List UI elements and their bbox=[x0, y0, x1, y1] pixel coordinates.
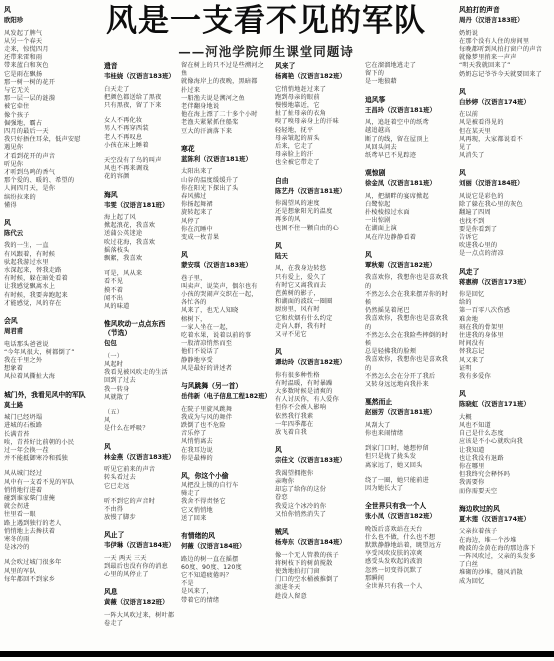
poem: 会风周君甫电话那头爸爸说“今年风很大，树都倒了”我在千里之外想象着风拉着风撕扯大… bbox=[4, 317, 98, 382]
poem: 遗音韦桂娆（汉语言183班）白天走了把颜色都送给了黑夜只有黑夜，留了下来女人不再… bbox=[104, 62, 175, 182]
poem-author-line: 周君甫 bbox=[4, 327, 98, 336]
poem-line: 大概 bbox=[459, 414, 550, 422]
poetry-page: 风是一支看不见的军队 ——河池学院师生课堂同题诗 风欧阳珍风发起了脾气从另一个春… bbox=[0, 0, 554, 661]
poem-line: 后来，它走了 bbox=[275, 143, 359, 151]
poem-line: 你有很多种性格 bbox=[275, 372, 359, 380]
page-subtitle: ——河池学院师生课堂同题诗 bbox=[96, 42, 436, 60]
poem-title: 风 bbox=[104, 443, 175, 452]
poem-line: 堆砌的沙堆，随风消散 bbox=[459, 569, 550, 577]
poem-line: 豆大的汗滴落下来 bbox=[181, 128, 269, 136]
poem-line: 证明 bbox=[459, 365, 550, 373]
poem-line: 风刮大了 bbox=[365, 422, 453, 430]
poem: 惟风吹动一点点东西（节选）包包（一）风起时我看见被风吹走的生活回到了过去我一转身… bbox=[104, 320, 175, 433]
poem-line: 转头看过去 bbox=[104, 474, 175, 482]
poem-line: 嗅了嗅母亲身上的汗味 bbox=[275, 118, 359, 126]
poem-title: 全世界只有我一个人 bbox=[365, 502, 453, 511]
poem-line: 我舍不得责怪它 bbox=[181, 498, 269, 506]
poem-line: 扑棱棱掠过水面 bbox=[365, 209, 453, 217]
poem-line: 在院子里旋风跳舞 bbox=[181, 406, 269, 414]
poem-title: 风 bbox=[181, 251, 269, 260]
poem: 风，你这个小偷风把没上锁的自行车骑走了我舍不得责怪它它又悄悄地送了回来 bbox=[181, 472, 269, 523]
poem-line: 将树枝下的树荫搅散 bbox=[275, 560, 359, 568]
text-column: 留在树上的只不过是些溯河之鱼就像海岸上的夜晚，黑暗都扑过来一船渔夫说是溯河之鱼老… bbox=[181, 6, 275, 646]
poem-line: 晚饭后喜欢站在天台 bbox=[365, 526, 453, 534]
poem-line: 回到了过去 bbox=[104, 377, 175, 385]
poem-line: 一年四季都在 bbox=[275, 421, 359, 429]
poem-line: 驮起我游过水里 bbox=[4, 259, 98, 267]
poem-line: 让我感觉飘离水上 bbox=[4, 283, 98, 291]
poem-line: 风又来了 bbox=[459, 357, 550, 365]
poem-line: 每晚都听到风拍打窗户的声音 bbox=[459, 46, 550, 54]
poem-line: 又怕你悄然消失了 bbox=[275, 511, 359, 519]
poem-line: 要是你看到了 bbox=[459, 226, 550, 234]
poem-line: 你在阳光下探出了头 bbox=[181, 185, 269, 193]
poem-title: 风 bbox=[4, 219, 98, 228]
poem-line: “明天我就回来了” bbox=[459, 62, 550, 70]
poem-title: 风 bbox=[459, 88, 550, 97]
poem-line: 风是被看得见的 bbox=[459, 119, 550, 127]
poem-line: 风来了，也无人知晓 bbox=[181, 307, 269, 315]
poem: 风走了蒋惠柳（汉语言173班）你是回忆给的第一百零八次伤感难舍地刻在我的骨架里住… bbox=[459, 268, 550, 382]
poem-title: 风 bbox=[275, 242, 359, 251]
poem-line: 忽然一切变得沉默了 bbox=[365, 567, 453, 575]
poem-line: 懂得 bbox=[4, 202, 98, 210]
poem-line: 送蒲公英迷途 bbox=[104, 230, 175, 238]
poem-line: 一船渔夫说是溯河之鱼 bbox=[181, 95, 269, 103]
poem-author-line: 欧阳珍 bbox=[4, 16, 98, 25]
poem-line: 翻遍了四周 bbox=[459, 209, 550, 217]
poem: 风白妙婷（汉语言174班）在以前风是被看得见的但在某天里风再现，大家都说看不见了… bbox=[459, 88, 550, 161]
poem-line: 我爱这个冰冷的你 bbox=[275, 503, 359, 511]
poem-line: 也让我没有退路 bbox=[459, 455, 550, 463]
poem-title: 海边吹过的风 bbox=[459, 505, 550, 514]
poem-title: 风息 bbox=[104, 588, 175, 597]
poem-line: 也全被它带走了 bbox=[275, 159, 359, 167]
stanza-gap bbox=[104, 402, 175, 409]
poem-line: 你在哪里 bbox=[459, 463, 550, 471]
poem-line: 风拉着风撕扯大海 bbox=[4, 373, 98, 381]
poem-line: 风在岸边静静看着 bbox=[365, 234, 453, 242]
poem-author-line: 莫土路 bbox=[4, 401, 98, 410]
poem-line: 海上起了风 bbox=[104, 214, 175, 222]
poem-line: 一阵大风吹过来，树叶都卷走了 bbox=[104, 612, 175, 628]
poem-line: 小孩在床上睡着 bbox=[104, 142, 175, 150]
page-title: 风是一支看不见的军队 bbox=[96, 4, 436, 38]
poem: 风止了韦伊琳（汉语言184班）一天 两天 三天到最后也没有你的消息心里的风停止了 bbox=[104, 531, 175, 579]
poem-line: 把颜色都送给了黑夜 bbox=[104, 94, 175, 102]
poem-line: 我有多爱你 bbox=[459, 373, 550, 381]
poem-title: 风止了 bbox=[104, 531, 175, 540]
poem-author-line: 宗佳文（汉语言183班） bbox=[275, 456, 359, 465]
poem-line: 太阳出来了 bbox=[181, 168, 269, 176]
poem-author-line: 陈艺丹（汉语言181班） bbox=[275, 187, 359, 196]
poem-line: 也困不住一颗自由的心 bbox=[275, 225, 359, 233]
poem-line: 父亲拉着孩子 bbox=[459, 528, 550, 536]
poem: 风拍打的声音周丹（汉语言183班）奶奶说在那个没有人住的房间里每晚都听到风拍打窗… bbox=[459, 6, 550, 79]
poem-line: 风也不知道 bbox=[459, 422, 550, 430]
poem-author-line: 陈晓虹（汉语言171班） bbox=[459, 400, 550, 409]
poem-line: 榕树下， bbox=[181, 316, 269, 324]
poem-line: 又转身远远地向我扑来 bbox=[365, 381, 453, 389]
poem-title: 自由 bbox=[275, 177, 359, 186]
poem: 风宗佳文（汉语言183班）我渴望拥抱你亲吻你却忘了给你的这份眷恋我爱这个冰冷的你… bbox=[275, 446, 359, 519]
poem-line: 带来蓝白和灰色 bbox=[4, 62, 98, 70]
poem-line: 风中有一支看不见的军队 bbox=[4, 479, 98, 487]
poem-line: 人间四月天，是你 bbox=[4, 185, 98, 193]
poem-line: 倔强地，霸占 bbox=[4, 120, 98, 128]
poem-line: 母亲皱起的眉头 bbox=[275, 135, 359, 143]
poem: 风谭幼玲（汉语言182班）你有很多种性格有时温暖，有时暴躁大多数时候是清爽的有人… bbox=[275, 348, 359, 437]
poem-line: 不然怎么会在分开了我后 bbox=[365, 373, 453, 381]
poem-line: 长满青苔 bbox=[4, 431, 98, 439]
poem-line: 是冰冷的 bbox=[4, 544, 98, 552]
poem: 海风韦雯（汉语言181班）海上起了风掀起浪花，我喜欢送蒲公英迷途吹过花海，我喜欢… bbox=[104, 191, 175, 312]
poem-line: 花的容颜 bbox=[104, 173, 175, 181]
poem-author-line: 蓝陈利（汉语言181班） bbox=[181, 155, 269, 164]
poem-title: 观惊剧 bbox=[365, 169, 453, 178]
poem: 贼风杨寿东（汉语言184班）像一个无人管教的孩子将树枝下的树荫搅散使劲地拍打门窗… bbox=[275, 528, 359, 601]
poem: 全世界只有我一个人张小凤（汉语言182班）晚饭后喜欢站在天台什么也不做，什么也不… bbox=[365, 502, 453, 591]
poem-line: 山谷的温度缓缓升了 bbox=[181, 177, 269, 185]
poem-line: 吹过花海，我喜欢 bbox=[104, 239, 175, 247]
poem-line: 滚进冬天 bbox=[275, 584, 359, 592]
poem-line: 飘絮，我喜欢 bbox=[104, 255, 175, 263]
poem-line: 那瞬间 bbox=[365, 575, 453, 583]
poem-line: 听不到它的声音时 bbox=[104, 498, 175, 506]
text-column: 风欧阳珍风发起了脾气从另一个春天走来，惊慌四月还带来雷和雨带来蓝白和灰色它是雨在… bbox=[4, 6, 104, 646]
poem-line: 不然怎么会在我险些摔倒的时候 bbox=[365, 332, 453, 348]
poem-line: 那一树一树的花开 bbox=[4, 79, 98, 87]
poem: 与风跳舞（另一首）岳伟新（电子信息工程182班）在院子里旋风跳舞我成为与风的舞伴… bbox=[181, 382, 269, 463]
poem-line: 是一点点的清凉 bbox=[459, 250, 550, 258]
poem-line: 男人不再穿西装 bbox=[104, 125, 175, 133]
poem-line: 是一地狼藉 bbox=[365, 78, 453, 86]
poem-line: 是风来了， bbox=[181, 588, 269, 596]
poem-line: 走向人群，我有时 bbox=[275, 323, 359, 331]
poem-line: 但你不会被人影响 bbox=[275, 404, 359, 412]
poem-line: 见了 bbox=[459, 144, 550, 152]
poem-line: 悄悄地行进着 bbox=[4, 487, 98, 495]
poem-title: 会风 bbox=[4, 317, 98, 326]
poem-title: 遗音 bbox=[104, 62, 175, 71]
poem-line: 到最后也没有你的消息 bbox=[104, 563, 175, 571]
poem-title: 有情绪的风 bbox=[181, 532, 269, 541]
poem-line: 风是最好的讲述者 bbox=[181, 365, 269, 373]
poem: 寒花蓝陈利（汉语言181班）太阳出来了山谷的温度缓缓升了你在阳光下探出了头春风拂… bbox=[181, 145, 269, 242]
poem-line: 带着它的情绪 bbox=[181, 597, 269, 605]
poem-line: 什么也不做，什么也不想 bbox=[365, 534, 453, 542]
poem-line: 像个孩子 bbox=[4, 112, 98, 120]
poem-line: 跑到母亲的眼前 bbox=[275, 94, 359, 102]
poem: 城门外，我看见风中的军队莫土路城门已经坍塌进城的石板路长满青苔唉，青苔好比前朝的… bbox=[4, 391, 98, 584]
poem-title: 风 bbox=[275, 348, 359, 357]
text-column: 风来了杨离艳（汉语言182班）它悄悄地赶过来了跑到母亲的眼前慢慢地靠近，它扯了扯… bbox=[275, 6, 365, 646]
poem-line: 告诉它 bbox=[459, 234, 550, 242]
masthead: 风是一支看不见的军队 ——河池学院师生课堂同题诗 bbox=[96, 4, 436, 60]
poem-title: 与风跳舞（另一首） bbox=[181, 382, 269, 391]
poem-line: 感受头发吹起的波浪 bbox=[365, 558, 453, 566]
poem-title: 风 bbox=[275, 446, 359, 455]
poem-line: 纸鸢早已不见踪迹 bbox=[365, 152, 453, 160]
poem-line: 成为回忆 bbox=[459, 578, 550, 586]
poem: 风陆天风，在我身边转悠只有爱上，爱久了有时它又离我而去芭蕉树的影子，和湖面的波纹… bbox=[275, 242, 359, 339]
poem-line: 我喜欢你，我想你也是喜欢我的 bbox=[365, 356, 453, 372]
poem-author-line: 杨寿东（汉语言184班） bbox=[275, 538, 359, 547]
poem: 它在溜溜地逃走了留下的是一地狼藉 bbox=[365, 62, 453, 87]
poem-line: 眷恋 bbox=[275, 494, 359, 502]
poem-line: 风发起了脾气 bbox=[4, 30, 98, 38]
stanza-gap bbox=[104, 150, 175, 157]
poem-line: 就像海岸上的夜晚，黑暗都 bbox=[181, 78, 269, 86]
poem-line: 刻在我的骨架里 bbox=[459, 324, 550, 332]
poem-line: 60度、90度、120度 bbox=[181, 564, 269, 572]
poem-author-line: 谭幼玲（汉语言182班） bbox=[275, 358, 359, 367]
poem-line: 离家远了，她又回头 bbox=[365, 462, 453, 470]
poem-line: 依然我行我素 bbox=[275, 413, 359, 421]
poem-line: 听见你 bbox=[4, 161, 98, 169]
poem-line: 它在溜溜地逃走了 bbox=[365, 62, 453, 70]
poem-line: 摇落枝头 bbox=[104, 247, 175, 255]
poem-author-line: 张小凤（汉语言182班） bbox=[365, 512, 453, 521]
poem-line: 走来，惊慌四月 bbox=[4, 46, 98, 54]
poem-author-line: 蒋惠柳（汉语言173班） bbox=[459, 278, 550, 287]
poem-line: 过一年会换一茬 bbox=[4, 447, 98, 455]
poem-author-line: 赵丽芳（汉语言181班） bbox=[365, 408, 453, 417]
poem-line: 风停了 bbox=[181, 218, 269, 226]
poem-line: 又寻不见它 bbox=[275, 331, 359, 339]
poem-line: 但只是拢了拢头发 bbox=[365, 453, 453, 461]
poem-line: 只有黑夜，留了下来 bbox=[104, 102, 175, 110]
poem-line: 绕了一圈，她只能前进 bbox=[365, 477, 453, 485]
poem-line: 不然怎么会在我来摆弄你的时候 bbox=[365, 291, 453, 307]
poem-title: 风 bbox=[4, 6, 98, 15]
poem-author-line: 周丹（汉语言183班） bbox=[459, 16, 550, 25]
poem-title: 风拍打的声音 bbox=[459, 6, 550, 15]
poem-line: 让我知道 bbox=[459, 447, 550, 455]
poem-author-line: 徐金凤（汉语言181班） bbox=[365, 179, 453, 188]
poem-line: 与它无关 bbox=[4, 87, 98, 95]
poem-title: 城门外，我看见风中的军队 bbox=[4, 391, 98, 400]
poem-line: 变成一枚青果 bbox=[181, 234, 269, 242]
poem-line: 风把没上锁的自行车 bbox=[181, 482, 269, 490]
poem-line: 有时候，我要奔跑起来 bbox=[4, 292, 98, 300]
poem-line: 慢慢地靠近，它 bbox=[275, 102, 359, 110]
poem-author-line: 陆天 bbox=[275, 252, 359, 261]
poem-author-line: 王昌玲（汉语言181班） bbox=[365, 106, 453, 115]
poem-author-line: 林金燕（汉语言183班） bbox=[104, 453, 175, 462]
poem-line: 静静地享受 bbox=[181, 357, 269, 365]
poem-line: 轻轻地，抚平 bbox=[275, 127, 359, 135]
poem-line: 风会吹过城门很多年 bbox=[4, 559, 98, 567]
poem-line: 它是雨在飘扬 bbox=[4, 71, 98, 79]
poem-line: （五） bbox=[104, 409, 175, 417]
poem-line: 扑过来 bbox=[181, 87, 269, 95]
poem: 戛然而止赵丽芳（汉语言181班）风刮大了你也来闹情绪到家门口时，她想停留但只是拢… bbox=[365, 398, 453, 493]
poem-line: 有时温暖，有时暴躁 bbox=[275, 380, 359, 388]
poem-line: 一天 两天 三天 bbox=[104, 555, 175, 563]
poem-line: 风消失了 bbox=[459, 152, 550, 160]
poem-line: 在我耳边说 bbox=[181, 447, 269, 455]
poem-line: 才看到花开的声音 bbox=[4, 153, 98, 161]
poem-author-line: 韦桂娆（汉语言183班） bbox=[104, 72, 175, 81]
poem-line: 我在千里之外 bbox=[4, 357, 98, 365]
poem-line: 路上遇到独行的老人 bbox=[4, 520, 98, 528]
poem-title: 海风 bbox=[104, 191, 175, 200]
poem-title: 追风筝 bbox=[365, 96, 453, 105]
poem: 风林金燕（汉语言183班）听见它前来的声音转头看过去它已走远听不到它的声音时不由… bbox=[104, 443, 175, 523]
poem-line: 它和炊烟有什么约定 bbox=[275, 315, 359, 323]
poem-line: 闻不出 bbox=[104, 295, 175, 303]
poem-author-line: 夏木莲（汉语言174班） bbox=[459, 515, 550, 524]
stanza-gap bbox=[104, 491, 175, 498]
poem-line: 你也来闹情绪 bbox=[365, 430, 453, 438]
poem-line: 心里的风停止了 bbox=[104, 571, 175, 579]
text-column: 它在溜溜地逃走了留下的是一地狼藉追风筝王昌玲（汉语言181班）风，追赶着空中的纸… bbox=[365, 6, 459, 646]
poem-line: 也找不到 bbox=[459, 218, 550, 226]
poem: 留在树上的只不过是些溯河之鱼就像海岸上的夜晚，黑暗都扑过来一船渔夫说是溯河之鱼老… bbox=[181, 62, 269, 136]
poem-line: 悄悄地上去搀扶着 bbox=[4, 528, 98, 536]
poem-line: 断了的线，留在屋顶上 bbox=[365, 136, 453, 144]
poem-line: 不由得 bbox=[104, 506, 175, 514]
poem-line: 一阵风吹过，父亲的头发多 bbox=[459, 553, 550, 561]
poem-line: 送了回来 bbox=[181, 515, 269, 523]
poem-author-line: 岳伟新（电子信息工程182班） bbox=[181, 392, 269, 401]
poem-line: 在湖面上演 bbox=[365, 225, 453, 233]
poem-title: 风来了 bbox=[275, 62, 359, 71]
poem-line: 晚波的金黄在海的那边落下 bbox=[459, 545, 550, 553]
poem-line: 一家人坐在一起， bbox=[181, 324, 269, 332]
poem-line: 寒冬的雨 bbox=[4, 536, 98, 544]
poem-line: 在海边，堆一个沙堆 bbox=[459, 537, 550, 545]
poem-line: 厨房里，风有时 bbox=[275, 306, 359, 314]
poem-author-line: 韦伊琳（汉语言184班） bbox=[104, 541, 175, 550]
poem-line: 亲吻你 bbox=[275, 478, 359, 486]
poem-author-line: 陈代云 bbox=[4, 229, 98, 238]
poem-line: 每年都回不到家乡 bbox=[4, 576, 98, 584]
poem-line: 它又悄悄地 bbox=[181, 507, 269, 515]
poem-title: 风 bbox=[459, 390, 550, 399]
poem-line: 全世界只有我一个人 bbox=[365, 583, 453, 591]
poem-line: 在那个没有人住的房间里 bbox=[459, 38, 550, 46]
poem-line: 我喜欢你，我想你也是喜欢我的 bbox=[365, 274, 453, 290]
poem-line: 白天走了 bbox=[104, 86, 175, 94]
poem-author-line: 白妙婷（汉语言174班） bbox=[459, 98, 550, 107]
bottom-edge-rule bbox=[0, 651, 554, 657]
poem-line: 趁没人留意 bbox=[275, 593, 359, 601]
poem-line: 它不知道疲倦吗？ bbox=[181, 572, 269, 580]
poem: 风陈代云我的一生，一直有风跟着，有时候驮起我游过水里水深起来，替我走路有时候，躲… bbox=[4, 219, 98, 308]
poem-line: 老渔夫紧紧抓住船桨 bbox=[181, 119, 269, 127]
poem-author-line: 何薇（汉语言184班） bbox=[181, 542, 269, 551]
poem-line: 往里看一眼 bbox=[4, 511, 98, 519]
poem-line: 他们不说话了 bbox=[181, 348, 269, 356]
poem-line: 是什么在呼吸？ bbox=[104, 425, 175, 433]
poem-line: 风就散了 bbox=[104, 394, 175, 402]
poem-line: 风的味道 bbox=[104, 303, 175, 311]
poem: 风刘丽（汉语言184班）风说它是彩色的除了躲在我心里的灰色翻遍了四周也找不到要是… bbox=[459, 169, 550, 258]
poem-line: 再多的风 bbox=[275, 216, 359, 224]
poem-line: 看不见 bbox=[104, 278, 175, 286]
poem-line: 进城的石板路 bbox=[4, 422, 98, 430]
poem-line: 才听到鸟鸣的香气 bbox=[4, 169, 98, 177]
poem-line: 芭蕉树的影子， bbox=[275, 290, 359, 298]
poem-line: 才能感觉，风的存在 bbox=[4, 300, 98, 308]
poem-line: 第一百零八次伤感 bbox=[459, 307, 550, 315]
poem-line: （一） bbox=[104, 353, 175, 361]
poem-line: 越追越高 bbox=[365, 127, 453, 135]
poem-line: 我一转身 bbox=[104, 386, 175, 394]
poem-line: 我喜欢你，我想你也是喜欢我的 bbox=[365, 315, 453, 331]
poem: 观惊剧徐金凤（汉语言181班）风，把湖畔的宴席掀起白鹭惊起扑棱棱掠过水面一出惊剧… bbox=[365, 169, 453, 242]
poem-title: 风，你这个小偷 bbox=[181, 472, 269, 481]
poem-line: 白鹭惊起 bbox=[365, 201, 453, 209]
poem: 追风筝王昌玲（汉语言181班）风，追赶着空中的纸鸢越追越高断了的线，留在屋顶上风… bbox=[365, 96, 453, 161]
poem: 风蒙安琪（汉语言183班）巷子里，叫卖声、说笑声，偶尔也有小孩的哭闹声交织在一起… bbox=[181, 251, 269, 373]
poem-line: 风，把湖畔的宴席掀起 bbox=[365, 193, 453, 201]
poem-line: 被它牵住 bbox=[4, 103, 98, 111]
poem-line: 电话那头爸爸说 bbox=[4, 341, 98, 349]
poem-author-line: 蒙安琪（汉语言183班） bbox=[181, 261, 269, 270]
poem-line: “今年风很大，树都倒了” bbox=[4, 349, 98, 357]
poem-author-line: 包包 bbox=[104, 339, 175, 348]
poem-title: 戛然而止 bbox=[365, 398, 453, 407]
poem-line: 老伴翻身地说 bbox=[181, 103, 269, 111]
poem-line: 你在沉睡中 bbox=[181, 226, 269, 234]
poem: 风欧阳珍风发起了脾气从另一个春天走来，惊慌四月还带来雷和雨带来蓝白和灰色它是雨在… bbox=[4, 6, 98, 210]
poem-line: 四月的最后一天 bbox=[4, 128, 98, 136]
poem-title: 风 bbox=[459, 169, 550, 178]
poem-line: 风悄悄离去 bbox=[181, 438, 269, 446]
poem-line: 老人不再叹息 bbox=[104, 134, 175, 142]
poem-line: 从另一个春天 bbox=[4, 38, 98, 46]
poem-line: 巷子里， bbox=[181, 275, 269, 283]
poem-line: 风说它是彩色的 bbox=[459, 193, 550, 201]
poem-line: 因为她长大了 bbox=[365, 485, 453, 493]
poem-line: 替我忘记 bbox=[459, 348, 550, 356]
poem-line: 风，在我身边转悠 bbox=[275, 265, 359, 273]
poem-line: 风起时 bbox=[104, 361, 175, 369]
poem-line: 它已走远 bbox=[104, 483, 175, 491]
poem-line: 默默静静地站着，眺望远方 bbox=[365, 542, 453, 550]
poem-line: 你渴望风的速度 bbox=[275, 200, 359, 208]
poem-line: 而你需要天空 bbox=[459, 488, 550, 496]
poem-line: 风回头问去 bbox=[365, 144, 453, 152]
text-column: 风拍打的声音周丹（汉语言183班）奶奶说在那个没有人住的房间里每晚都听到风拍打窗… bbox=[459, 6, 550, 646]
poem-line: 奶奶说 bbox=[459, 30, 550, 38]
poem-line: 旋转起来了 bbox=[181, 209, 269, 217]
poem-line: 并不能抵御寒冷和孤独 bbox=[4, 455, 98, 463]
poem-columns: 风欧阳珍风发起了脾气从另一个春天走来，惊慌四月还带来雷和雨带来蓝白和灰色它是雨在… bbox=[4, 6, 550, 646]
poem-line: 我需要你 bbox=[459, 479, 550, 487]
poem-line: 但在某天里 bbox=[459, 128, 550, 136]
poem-line: 风里的军队 bbox=[4, 568, 98, 576]
poem-author-line: 黄薇（汉语言182班） bbox=[104, 598, 175, 607]
poem-line: 春风拂过 bbox=[181, 193, 269, 201]
poem-line: 你是回忆 bbox=[459, 291, 550, 299]
poem-author-line: 覃秋菊（汉语言182班） bbox=[365, 261, 453, 270]
poem-line: 缤纷拉来的 bbox=[4, 194, 98, 202]
poem-line: 应该是不小心就吹向我 bbox=[459, 438, 550, 446]
text-column: 遗音韦桂娆（汉语言183班）白天走了把颜色都送给了黑夜只有黑夜，留了下来女人不再… bbox=[104, 6, 181, 646]
poem-line: 跌倒了也不危险 bbox=[181, 422, 269, 430]
poem-line: 难舍地 bbox=[459, 316, 550, 324]
poem-line: 我成为与风的舞伴 bbox=[181, 414, 269, 422]
poem-line: 留在树上的只不过是些溯河之鱼 bbox=[181, 62, 269, 78]
poem: 有情绪的风何薇（汉语言184班）路边的树一直在摇摆60度、90度、120度它不知… bbox=[181, 532, 269, 605]
poem-title: 惟风吹动一点点东西（节选） bbox=[104, 320, 175, 338]
poem-line: 唉，青苔好比前朝的小民 bbox=[4, 439, 98, 447]
poem-title: 风走了 bbox=[459, 268, 550, 277]
